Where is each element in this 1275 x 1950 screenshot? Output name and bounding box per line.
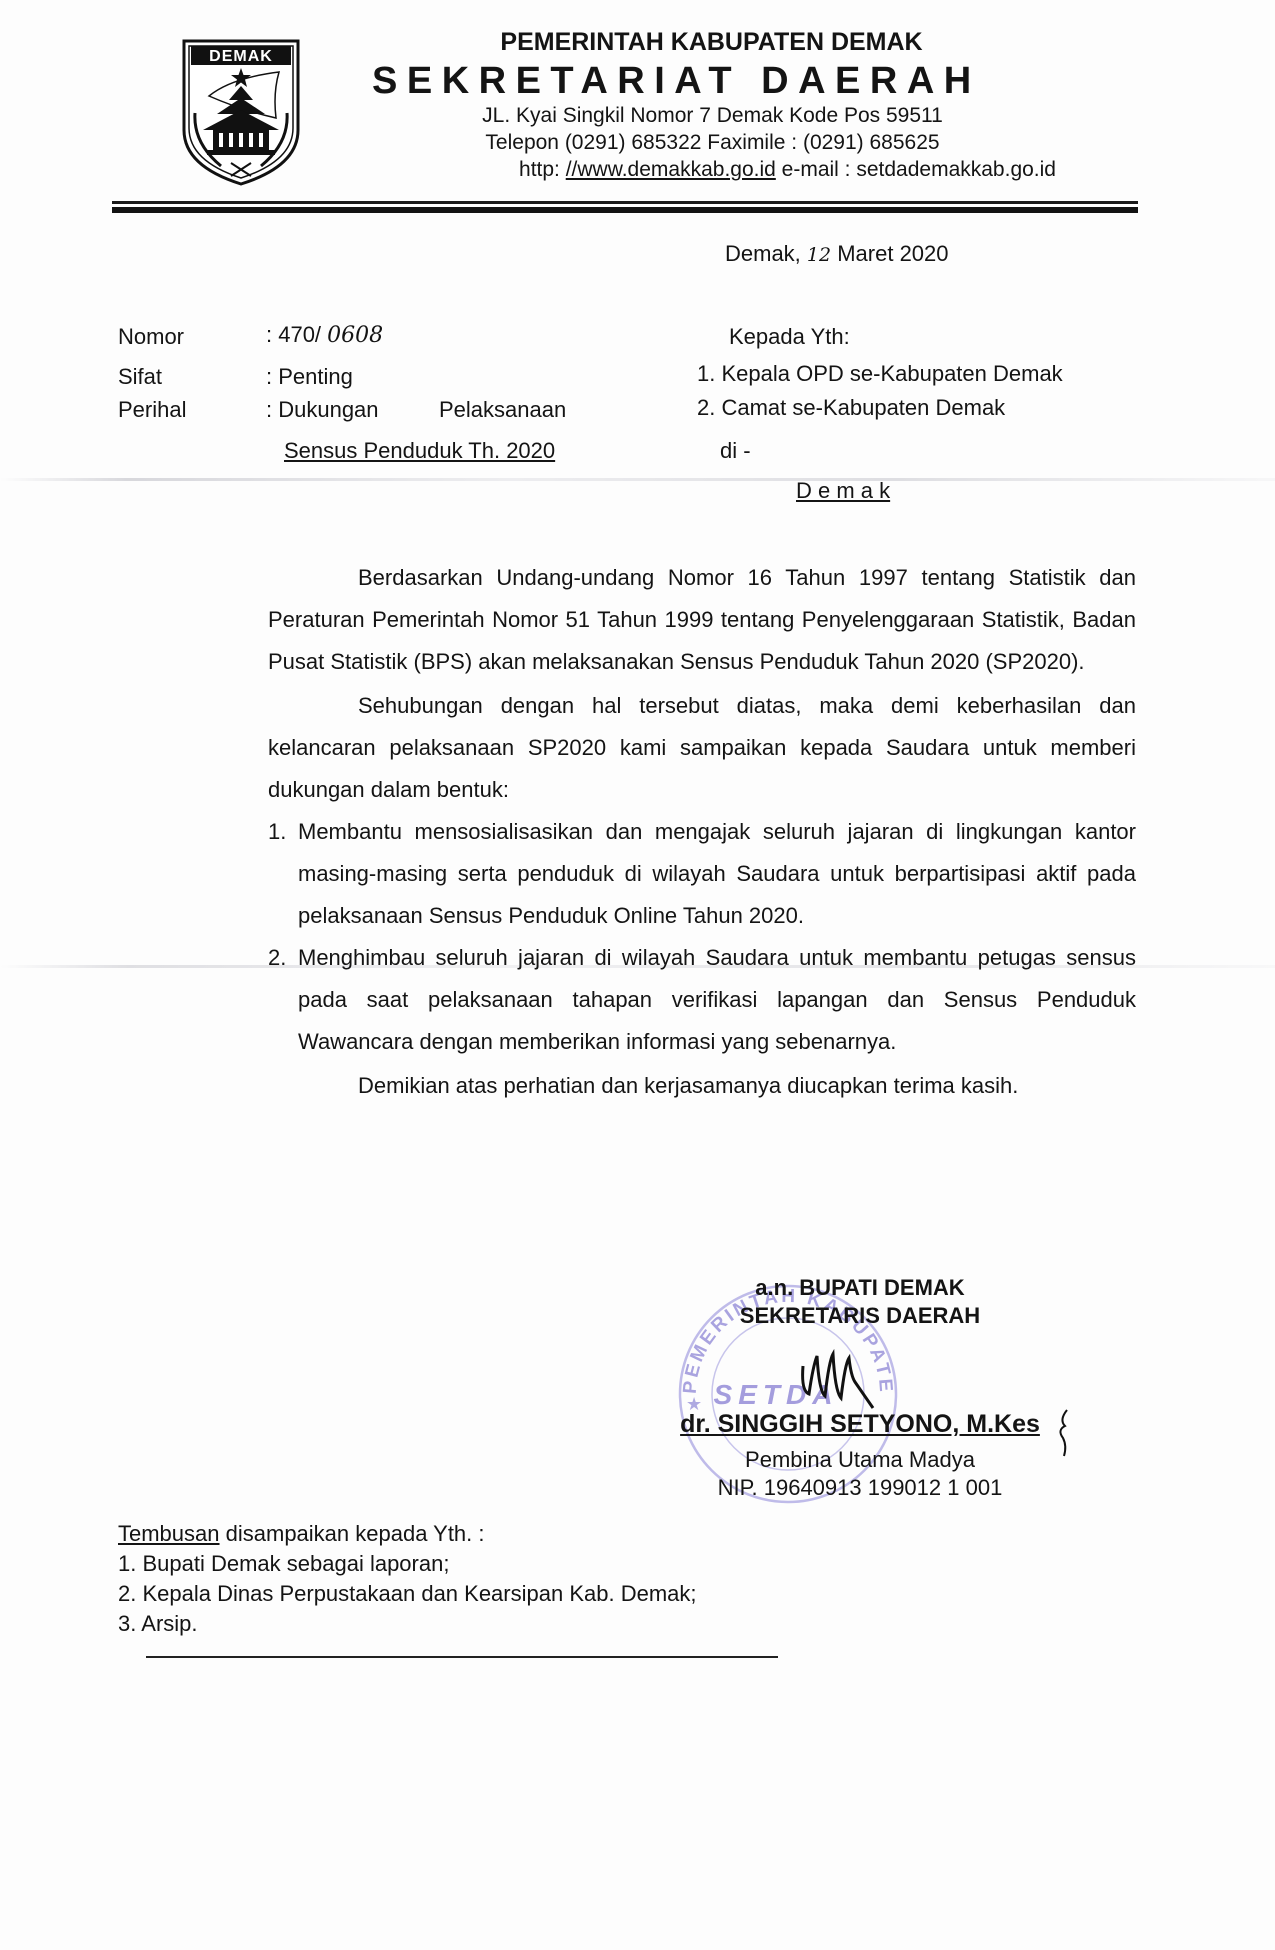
perihal-value-line1b: Pelaksanaan <box>439 397 566 423</box>
sifat-label: Sifat <box>118 364 162 390</box>
support-item: 2.Menghimbau seluruh jajaran di wilayah … <box>268 937 1136 1063</box>
cc-item: 3. Arsip. <box>118 1611 198 1637</box>
recipient-di: di - <box>720 438 751 464</box>
letter-date: Demak, 12 Maret 2020 <box>725 241 949 267</box>
letterhead-rule-thick <box>112 207 1138 213</box>
body-paragraph-1: Berdasarkan Undang-undang Nomor 16 Tahun… <box>268 557 1136 683</box>
sifat-value: : Penting <box>266 364 353 390</box>
office-phone-fax: Telepon (0291) 685322 Faximile : (0291) … <box>0 131 1275 155</box>
support-item: 1.Membantu mensosialisasikan dan mengaja… <box>268 811 1136 937</box>
signature-title: a.n. BUPATI DEMAK SEKRETARIS DAERAH <box>700 1274 1020 1330</box>
cc-end-rule <box>146 1656 778 1658</box>
perihal-value-line2: Sensus Penduduk Th. 2020 <box>284 438 555 464</box>
cc-title: Tembusan disampaikan kepada Yth. : <box>118 1521 485 1547</box>
closing-sentence: Demikian atas perhatian dan kerjasamanya… <box>268 1065 1136 1107</box>
body-paragraph-2: Sehubungan dengan hal tersebut diatas, m… <box>268 685 1136 811</box>
handwritten-number: 0608 <box>327 323 383 348</box>
perihal-value-line1a: : Dukungan <box>266 397 379 423</box>
letter-body: Berdasarkan Undang-undang Nomor 16 Tahun… <box>268 557 1136 1107</box>
paper-fold-line <box>0 478 1275 481</box>
support-list: 1.Membantu mensosialisasikan dan mengaja… <box>268 811 1136 1063</box>
recipient-place: D e m a k <box>796 478 890 504</box>
signatory-name: dr. SINGGIH SETYONO, M.Kes <box>680 1410 1040 1439</box>
government-name: PEMERINTAH KABUPATEN DEMAK <box>0 28 1275 57</box>
cc-item: 1. Bupati Demak sebagai laporan; <box>118 1551 449 1577</box>
perihal-label: Perihal <box>118 397 186 423</box>
office-name: SEKRETARIAT DAERAH <box>372 60 981 103</box>
cc-item: 2. Kepala Dinas Perpustakaan dan Kearsip… <box>118 1581 697 1607</box>
recipient-item: 2. Camat se-Kabupaten Demak <box>697 395 1005 421</box>
paraf-mark <box>1055 1408 1075 1463</box>
handwritten-day: 12 <box>807 244 831 266</box>
nomor-label: Nomor <box>118 324 184 350</box>
letterhead-rule-thin <box>112 201 1138 204</box>
signatory-nip: NIP. 19640913 199012 1 001 <box>700 1475 1020 1501</box>
recipient-title: Kepada Yth: <box>729 324 850 350</box>
office-web-email: http: //www.demakkab.go.id e-mail : setd… <box>0 158 1275 182</box>
office-address: JL. Kyai Singkil Nomor 7 Demak Kode Pos … <box>0 104 1275 128</box>
handwritten-signature <box>795 1336 885 1421</box>
recipient-item: 1. Kepala OPD se-Kabupaten Demak <box>697 361 1063 387</box>
website-link[interactable]: //www.demakkab.go.id <box>566 158 776 181</box>
nomor-value: : 470/ 0608 <box>266 322 383 348</box>
signatory-rank: Pembina Utama Madya <box>700 1447 1020 1473</box>
